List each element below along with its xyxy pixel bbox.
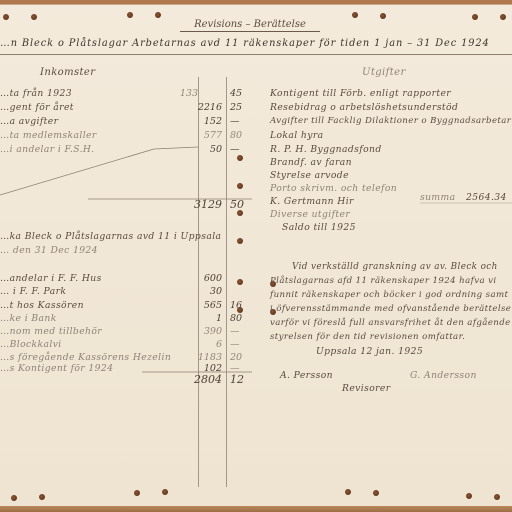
punch-hole (237, 279, 243, 285)
expense-item: Styrelse arvode (270, 170, 349, 181)
expense-item: Avgifter till Facklig Dilaktioner o Bygg… (270, 116, 511, 126)
signature-left: A. Persson (280, 370, 333, 381)
income-ore: 45 (230, 88, 242, 99)
expense-item: Porto skrivm. och telefon (270, 183, 397, 194)
balance-ore: 80 (230, 313, 242, 324)
balance-label: …s Kontigent för 1924 (0, 363, 113, 374)
punch-hole (155, 12, 161, 18)
signature-role: Revisorer (342, 383, 391, 394)
punch-hole (345, 489, 351, 495)
income-kr: 50 (170, 144, 222, 155)
balance-kr: 6 (170, 339, 222, 350)
balance-ore: — (230, 339, 240, 350)
expense-item: Brandf. av faran (270, 157, 352, 168)
signature-right: G. Andersson (410, 370, 477, 381)
income-label: …i andelar i F.S.H. (0, 144, 95, 155)
income-label: …ta medlemskaller (0, 130, 97, 141)
expense-sum-value: 2564.34 (466, 192, 507, 203)
income-kr: 2216 (170, 102, 222, 113)
balance-label: …nom med tillbehör (0, 326, 102, 337)
expense-item: Resebidrag o arbetslöshetsunderstöd (270, 102, 458, 113)
punch-hole (134, 490, 140, 496)
balance-kr: 390 (170, 326, 222, 337)
punch-hole (39, 494, 45, 500)
punch-hole (352, 12, 358, 18)
punch-hole (31, 14, 37, 20)
expense-item: Diverse utgifter (270, 209, 350, 220)
punch-hole (3, 14, 9, 20)
punch-hole (237, 183, 243, 189)
punch-hole (162, 489, 168, 495)
balance-kr: 1183 (170, 352, 222, 363)
income-total-ore: 50 (230, 198, 244, 211)
income-ore: 80 (230, 130, 242, 141)
balance-label: …t hos Kassören (0, 300, 84, 311)
income-heading: Inkomster (40, 67, 95, 78)
audit-text-line: Plåtslagarnas afd 11 räkenskaper 1924 ha… (270, 276, 497, 286)
balance-label: … i F. F. Park (0, 286, 66, 297)
balance-ore: 16 (230, 300, 242, 311)
subtitle-rule (0, 54, 512, 55)
balance-label: …s föregående Kassörens Hezelin (0, 352, 171, 363)
expense-item: Saldo till 1925 (282, 222, 356, 233)
expense-item: R. P. H. Byggnadsfond (270, 144, 382, 155)
balance-label: …Blockkalvi (0, 339, 62, 350)
punch-hole (237, 238, 243, 244)
audit-text-line: i öfverensstämmande med ofvanstående ber… (270, 304, 511, 314)
punch-hole (494, 494, 500, 500)
place-date: Uppsala 12 jan. 1925 (316, 346, 423, 357)
income-kr: 577 (170, 130, 222, 141)
punch-hole (373, 490, 379, 496)
frame-edge (0, 506, 512, 512)
audit-text-line: funnit räkenskaper och böcker i god ordn… (270, 290, 508, 300)
balance-kr: 565 (170, 300, 222, 311)
income-ore: — (230, 144, 240, 155)
audit-text-line: Vid verkställd granskning av av. Bleck o… (292, 262, 498, 272)
punch-hole (127, 12, 133, 18)
balance-label: …andelar i F. F. Hus (0, 273, 102, 284)
balance-kr: 30 (170, 286, 222, 297)
page-title: Revisions – Berättelse (180, 19, 320, 32)
balance-total-ore: 12 (230, 373, 244, 386)
punch-hole (380, 13, 386, 19)
audit-text-line: varför vi föreslå full ansvarsfrihet åt … (270, 318, 511, 328)
income-label: …ta från 1923 (0, 88, 72, 99)
punch-hole (466, 493, 472, 499)
income-label: …gent för året (0, 102, 74, 113)
income-total-kr: 3129 (170, 198, 222, 211)
expense-heading: Utgifter (362, 67, 406, 78)
balance-heading-date: … den 31 Dec 1924 (0, 245, 98, 256)
punch-hole (500, 14, 506, 20)
balance-total-kr: 2804 (170, 373, 222, 386)
balance-heading: …ka Bleck o Plåtslagarnas avd 11 i Uppsa… (0, 231, 221, 242)
column-rule-ore (226, 77, 227, 487)
income-kr: 152 (170, 116, 222, 127)
income-ore: 25 (230, 102, 242, 113)
balance-ore: — (230, 326, 240, 337)
expense-sum-label: summa (420, 192, 456, 203)
expense-item: K. Gertmann Hir (270, 196, 354, 207)
balance-kr: 1 (170, 313, 222, 324)
income-ore: — (230, 116, 240, 127)
ledger-paper: Revisions – Berättelse …n Bleck o Plåtsl… (0, 4, 512, 507)
punch-hole (11, 495, 17, 501)
strike-line (0, 5, 512, 512)
balance-ore: 20 (230, 352, 242, 363)
ledger-subtitle: …n Bleck o Plåtslagar Arbetarnas avd 11 … (0, 38, 490, 49)
income-kr: 133 (174, 88, 198, 99)
balance-label: …ke i Bank (0, 313, 57, 324)
income-label: …a avgifter (0, 116, 58, 127)
expense-item: Lokal hyra (270, 130, 324, 141)
punch-hole (237, 155, 243, 161)
balance-kr: 600 (170, 273, 222, 284)
punch-hole (472, 14, 478, 20)
expense-item: Kontigent till Förb. enligt rapporter (270, 88, 451, 99)
audit-text-line: styrelsen för den tid revisionen omfatta… (270, 332, 465, 342)
